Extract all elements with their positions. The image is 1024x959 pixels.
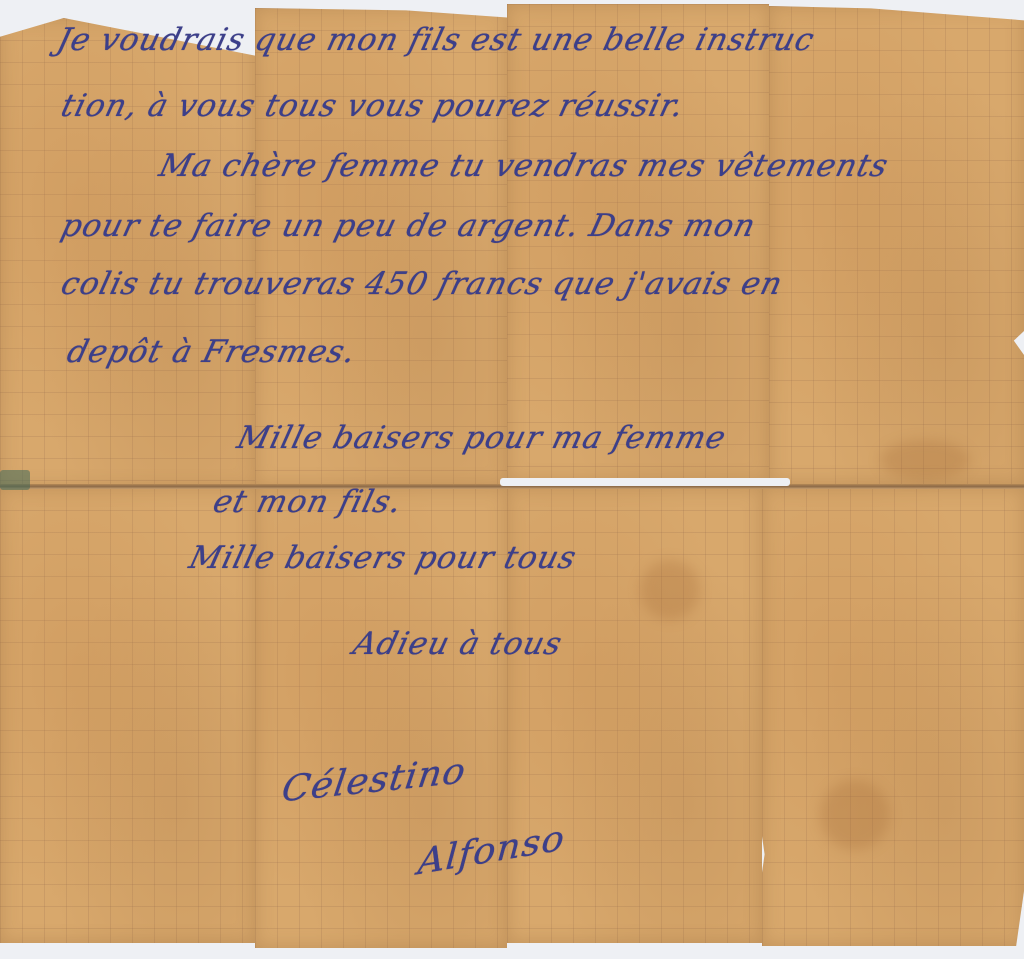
letter-line: pour te faire un peu de argent. Dans mon [58,208,760,244]
paper-panel-top-right [769,6,1024,484]
letter-line: Mille baisers pour ma femme [234,420,731,456]
paper-panel-top-center-left [255,8,507,486]
corner-stain [0,470,30,490]
paper-stain [880,440,970,480]
letter-line: colis tu trouveras 450 francs que j'avai… [58,266,787,302]
letter-sheet: Je voudrais que mon fils est une belle i… [0,0,1024,959]
letter-line: depôt à Fresmes. [64,334,360,370]
letter-line: et mon fils. [210,484,407,520]
paper-stain [640,560,700,620]
letter-line: Ma chère femme tu vendras mes vêtements [156,148,893,184]
paper-stain [820,780,890,850]
paper-panel-bottom-right [762,488,1024,946]
letter-line: Je voudrais que mon fils est une belle i… [54,22,819,58]
letter-line: Mille baisers pour tous [186,540,581,576]
letter-line: Adieu à tous [350,626,567,662]
letter-line: tion, à vous tous vous pourez réussir. [58,88,689,124]
fold-tear [500,478,790,486]
